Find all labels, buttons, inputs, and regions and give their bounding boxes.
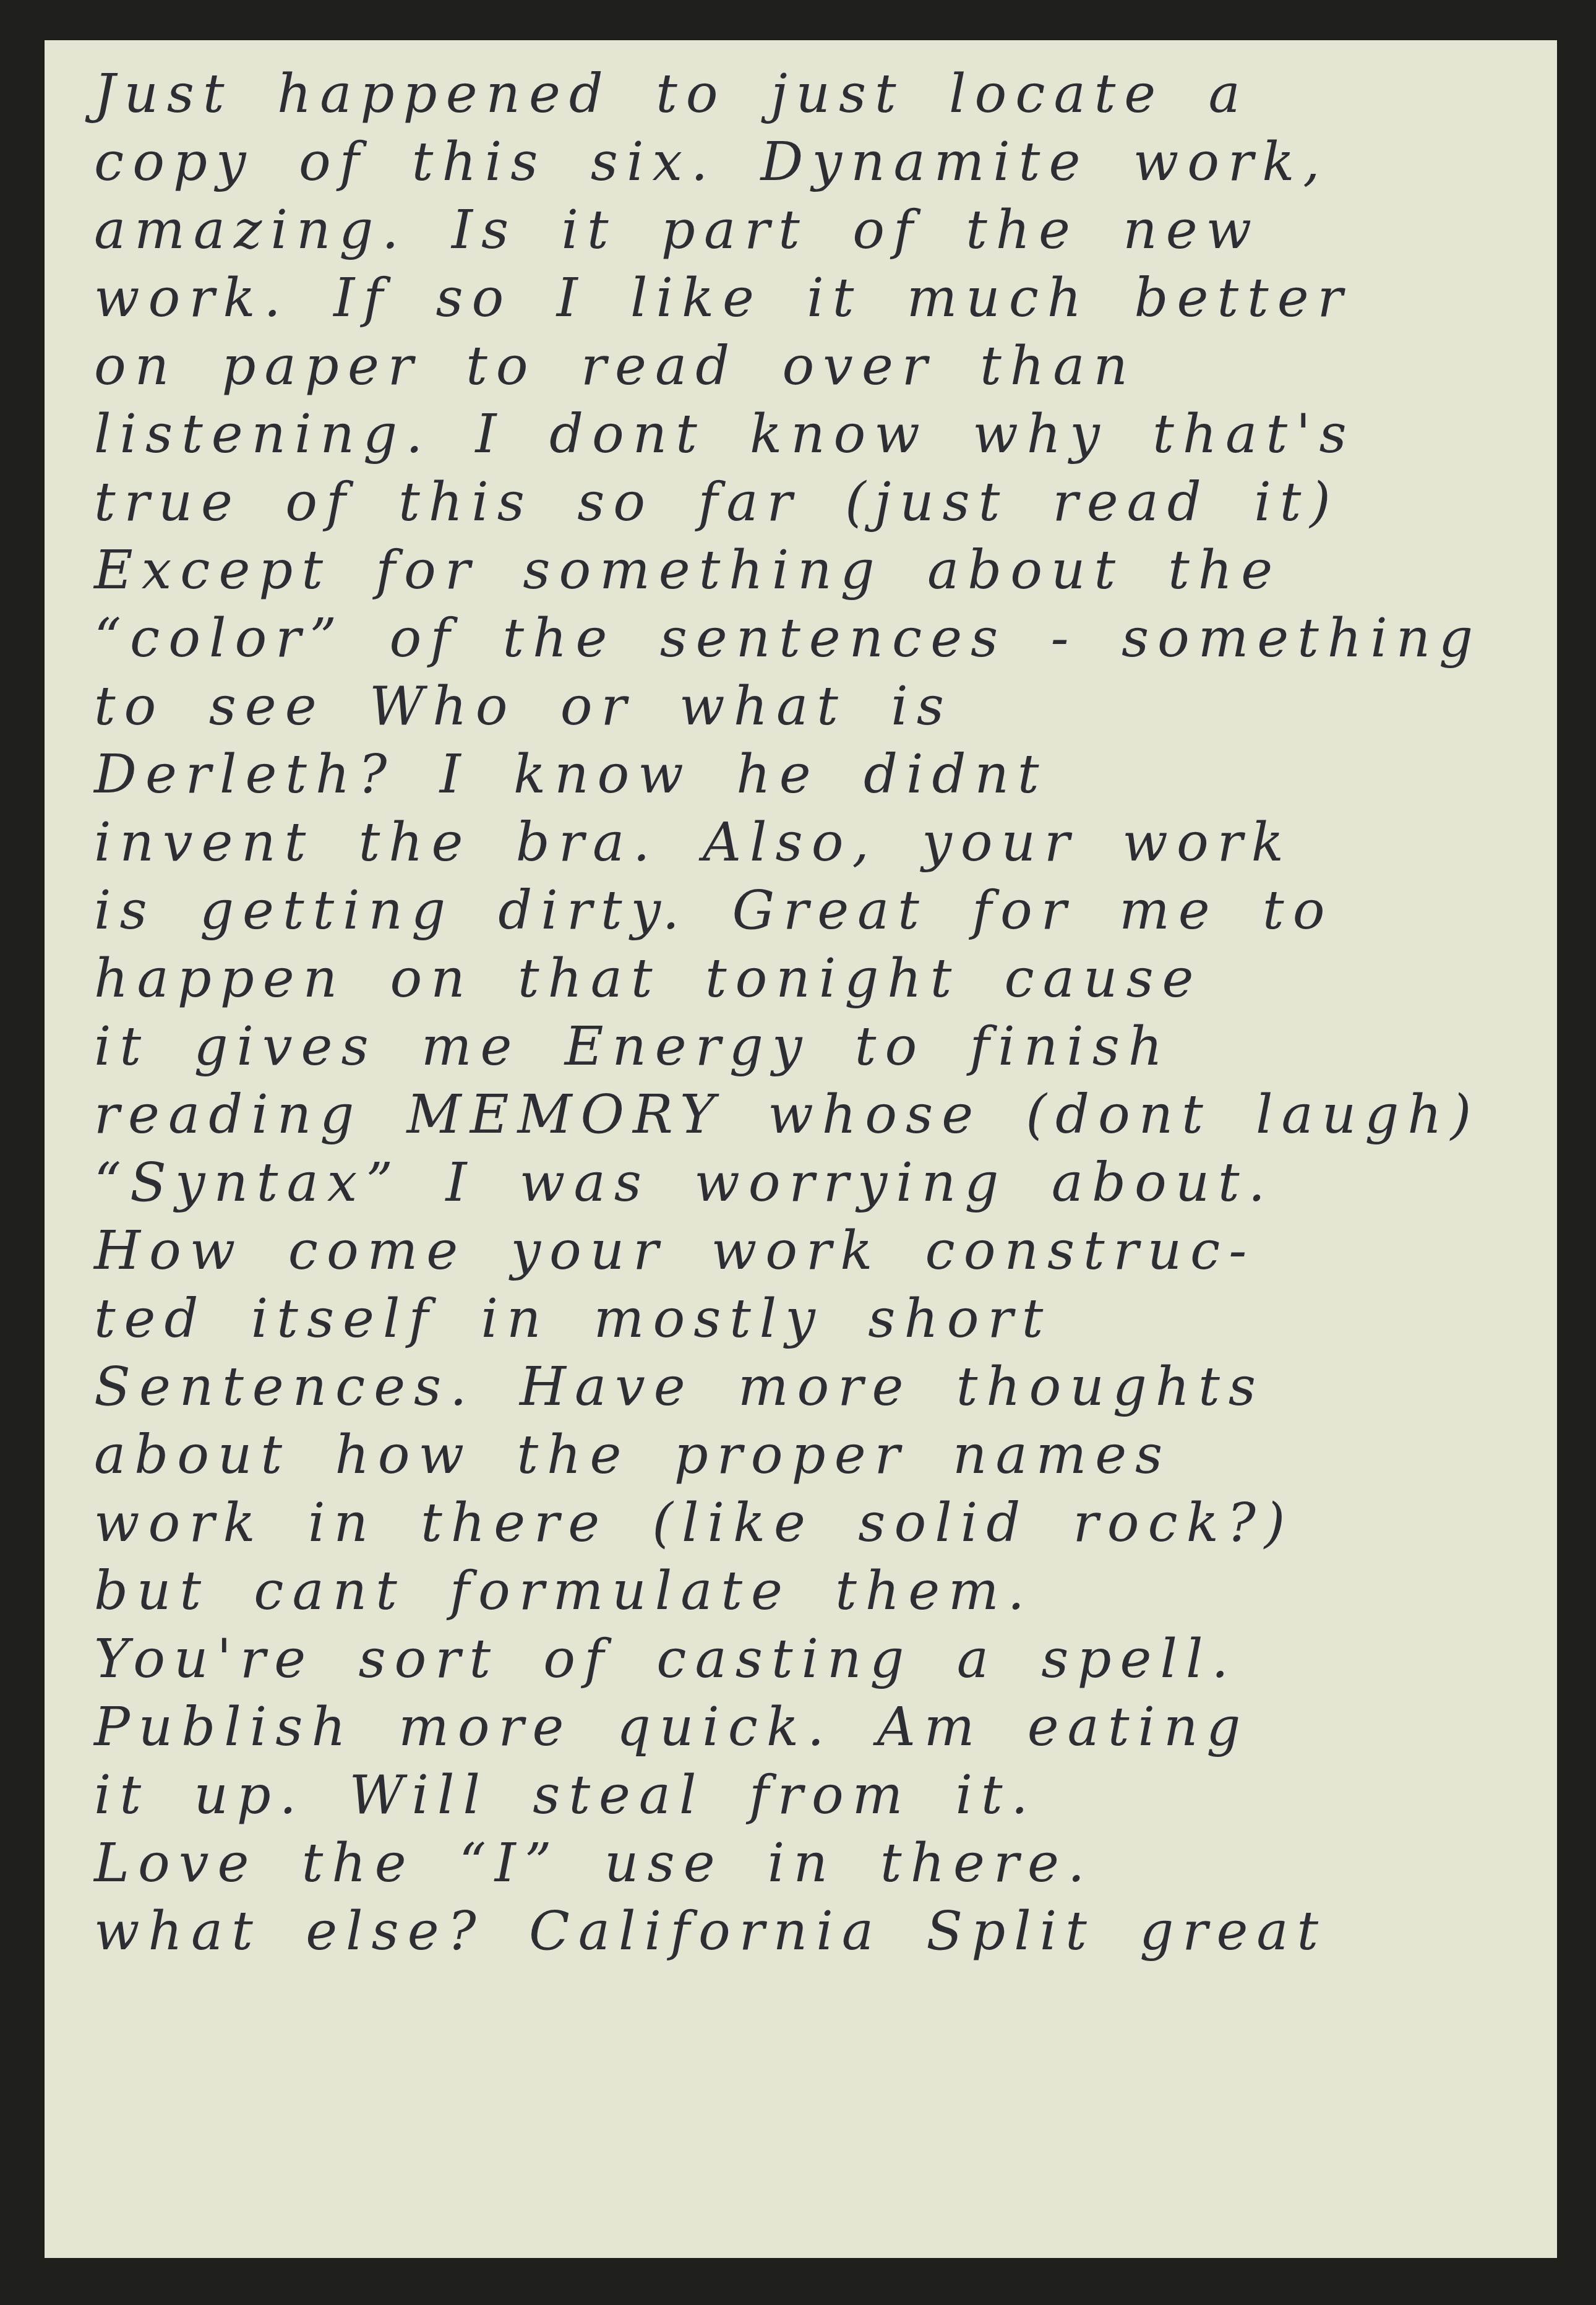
letter-line: it gives me Energy to finish [94, 1015, 1542, 1080]
letter-page: Just happened to just locate a copy of t… [45, 40, 1557, 2258]
letter-line: happen on that tonight cause [94, 946, 1542, 1011]
letter-line: You're sort of casting a spell. [94, 1627, 1542, 1692]
letter-line: Derleth? I know he didnt [94, 742, 1542, 807]
letter-line: amazing. Is it part of the new [94, 198, 1542, 263]
letter-line: Publish more quick. Am eating [94, 1695, 1542, 1760]
letter-line: Love the “I” use in there. [94, 1831, 1542, 1896]
letter-line: How come your work construc- [94, 1219, 1542, 1284]
letter-body: Just happened to just locate a copy of t… [94, 53, 1542, 1871]
letter-line: true of this so far (just read it) [94, 470, 1542, 535]
letter-line: it up. Will steal from it. [94, 1763, 1542, 1828]
letter-line: Sentences. Have more thoughts [94, 1355, 1542, 1420]
letter-line: work in there (like solid rock?) [94, 1491, 1542, 1556]
letter-line: but cant formulate them. [94, 1559, 1542, 1624]
letter-line: Except for something about the [94, 538, 1542, 603]
letter-line: on paper to read over than [94, 334, 1542, 399]
letter-line: invent the bra. Also, your work [94, 810, 1542, 875]
letter-line: what else? California Split great [94, 1899, 1542, 1964]
letter-line: copy of this six. Dynamite work, [94, 130, 1542, 195]
letter-line: to see Who or what is [94, 674, 1542, 739]
letter-line: is getting dirty. Great for me to [94, 878, 1542, 943]
letter-line: “Syntax” I was worrying about. [94, 1151, 1542, 1216]
letter-line: reading MEMORY whose (dont laugh) [94, 1083, 1542, 1148]
letter-line: “color” of the sentences - something [94, 606, 1542, 671]
letter-line: listening. I dont know why that's [94, 402, 1542, 467]
letter-line: ted itself in mostly short [94, 1287, 1542, 1352]
letter-line: work. If so I like it much better [94, 266, 1542, 331]
letter-line: Just happened to just locate a [94, 62, 1542, 127]
letter-line: about how the proper names [94, 1423, 1542, 1488]
